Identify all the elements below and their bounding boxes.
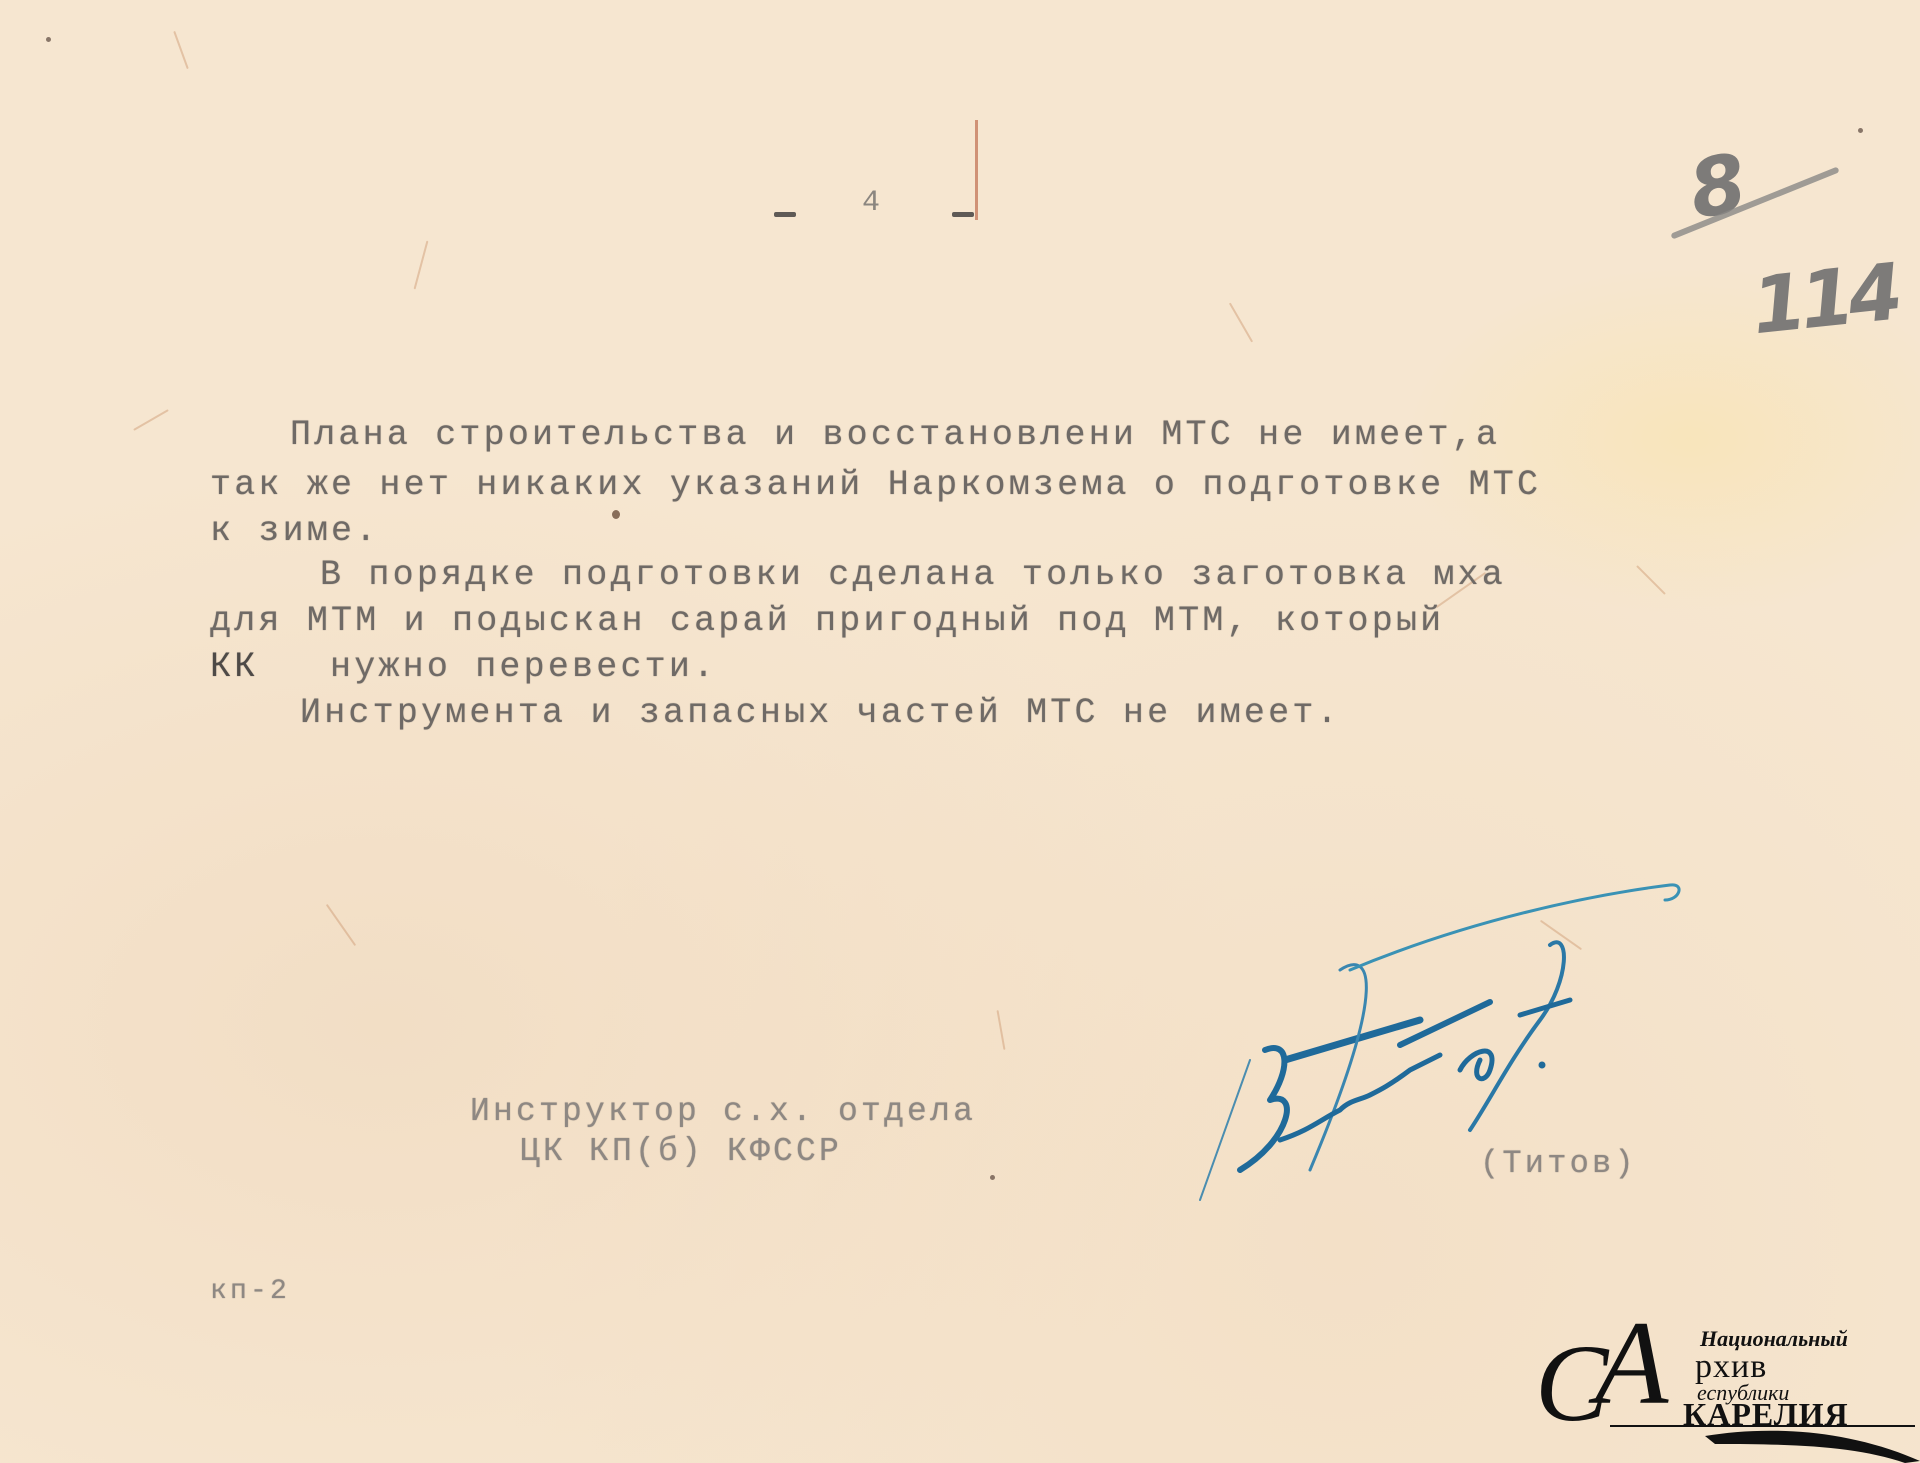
signature-icon <box>1170 870 1730 1210</box>
page-number: 4 <box>862 186 882 220</box>
paragraph-2-line-3: нужно перевести. <box>330 650 717 685</box>
paper-speck <box>990 1175 995 1180</box>
struck-text: КК <box>210 650 258 685</box>
paragraph-3-line-1: Инструмента и запасных частей МТС не име… <box>300 696 1341 731</box>
paragraph-2-line-2: для МТМ и подыскан сарай пригодный под М… <box>210 604 1444 639</box>
paper-speck <box>46 37 51 42</box>
signer-name: (Титов) <box>1480 1148 1637 1180</box>
logo-initial-a: A <box>1595 1303 1668 1423</box>
signer-title-line-1: Инструктор с.х. отдела <box>470 1095 976 1128</box>
page-number-dash-left <box>774 212 796 217</box>
red-pencil-mark <box>975 120 978 220</box>
paper-speck <box>1858 128 1863 133</box>
page-number-dash-right <box>952 212 974 217</box>
paragraph-2-line-1: В порядке подготовки сделана только заго… <box>320 558 1506 593</box>
paper-speck <box>612 510 620 519</box>
paragraph-1-line-3: к зиме. <box>210 514 379 549</box>
paragraph-1-line-2: так же нет никаких указаний Наркомзема о… <box>210 468 1541 503</box>
handwritten-signature <box>1170 870 1730 1215</box>
footer-code: кп-2 <box>210 1278 290 1306</box>
archive-logo: C A Национальный рхив еспублики КАРЕЛИЯ <box>1535 1308 1920 1463</box>
paragraph-1-line-1: Плана строительства и восстановлени МТС … <box>290 418 1500 453</box>
quill-feather-icon <box>1705 1426 1920 1463</box>
archive-sheet-number: 114 <box>1748 248 1901 353</box>
signer-title-line-2: ЦК КП(б) КФССР <box>520 1135 842 1168</box>
